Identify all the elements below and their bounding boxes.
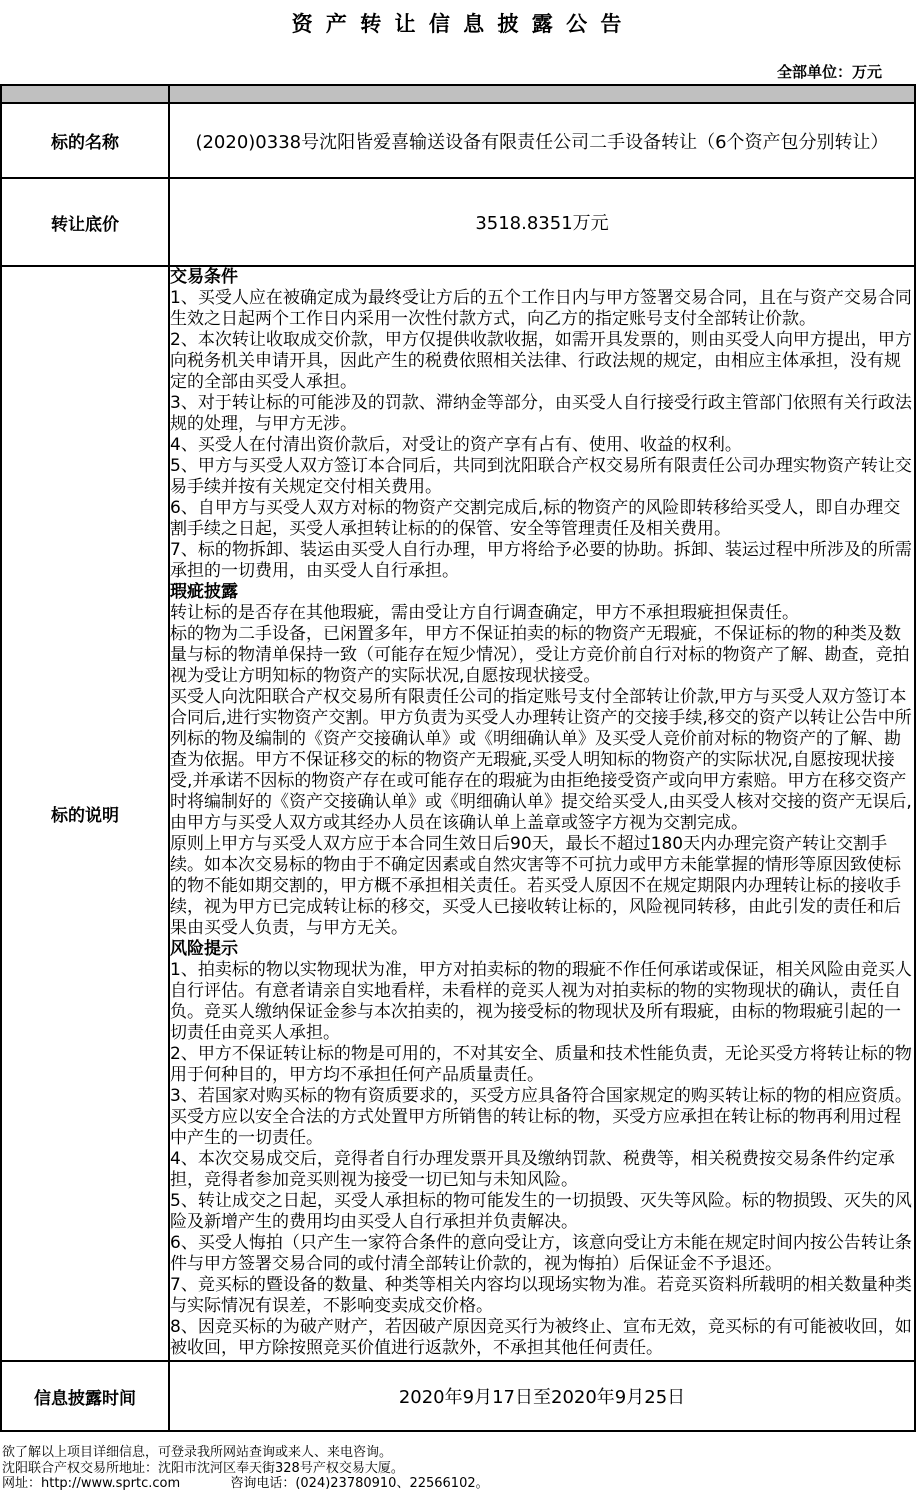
section-defect-disclosure: 瑕疵披露 转让标的是否存在其他瑕疵，需由受让方自行调查确定，甲方不承担瑕疵担保责… <box>170 582 914 939</box>
base-price-label: 转让底价 <box>1 178 169 266</box>
row-description: 标的说明 交易条件 1、买受人应在被确定成为最终受让方后的五个工作日内与甲方签署… <box>1 266 915 1361</box>
page-title: 资 产 转 让 信 息 披 露 公 告 <box>0 0 916 39</box>
footer-website: 网址：http://www.sprtc.com <box>2 1476 180 1491</box>
paragraph: 7、标的物拆卸、装运由买受人自行办理，甲方将给予必要的协助。拆卸、装运过程中所涉… <box>170 540 914 582</box>
paragraph: 2、甲方不保证转让标的物是可用的，不对其安全、质量和技术性能负责，无论买受方将转… <box>170 1044 914 1086</box>
paragraph: 原则上甲方与买受人双方应于本合同生效日后90天，最长不超过180天内办理完资产转… <box>170 834 914 939</box>
paragraph: 标的物为二手设备，已闲置多年，甲方不保证拍卖的标的物资产无瑕疵，不保证标的物的种… <box>170 624 914 687</box>
row-subject-name: 标的名称 (2020)0338号沈阳皆爱喜输送设备有限责任公司二手设备转让（6个… <box>1 103 915 178</box>
unit-note: 全部单位：万元 <box>0 63 916 81</box>
section-risk-notice: 风险提示 1、拍卖标的物以实物现状为准，甲方对拍卖标的物的瑕疵不作任何承诺或保证… <box>170 939 914 1359</box>
footer-website-phone: 网址：http://www.sprtc.com 咨询电话：(024)237809… <box>2 1476 916 1492</box>
footer-phone: 咨询电话：(024)23780910、22566102。 <box>230 1476 488 1491</box>
paragraph: 2、本次转让收取成交价款，甲方仅提供收款收据，如需开具发票的，则由买受人向甲方提… <box>170 330 914 393</box>
table-header-row <box>1 85 915 103</box>
section-heading: 瑕疵披露 <box>170 582 914 603</box>
paragraph: 4、本次交易成交后，竞得者自行办理发票开具及缴纳罚款、税费等，相关税费按交易条件… <box>170 1149 914 1191</box>
announcement-page: 资 产 转 让 信 息 披 露 公 告 全部单位：万元 标的名称 (2020)0… <box>0 0 916 1507</box>
subject-name-value: (2020)0338号沈阳皆爱喜输送设备有限责任公司二手设备转让（6个资产包分别… <box>169 103 915 178</box>
paragraph: 8、因竞买标的为破产财产，若因破产原因竞买行为被终止、宣布无效，竞买标的有可能被… <box>170 1317 914 1359</box>
section-heading: 交易条件 <box>170 267 914 288</box>
announcement-table: 标的名称 (2020)0338号沈阳皆爱喜输送设备有限责任公司二手设备转让（6个… <box>0 84 916 1432</box>
header-value-cell <box>169 85 915 103</box>
paragraph: 3、对于转让标的可能涉及的罚款、滞纳金等部分，由买受人自行接受行政主管部门依照有… <box>170 393 914 435</box>
disclosure-period-label: 信息披露时间 <box>1 1361 169 1431</box>
description-label: 标的说明 <box>1 266 169 1361</box>
paragraph: 1、拍卖标的物以实物现状为准，甲方对拍卖标的物的瑕疵不作任何承诺或保证，相关风险… <box>170 960 914 1044</box>
header-label-cell <box>1 85 169 103</box>
paragraph: 买受人向沈阳联合产权交易所有限责任公司的指定账号支付全部转让价款,甲方与买受人双… <box>170 687 914 834</box>
paragraph: 转让标的是否存在其他瑕疵，需由受让方自行调查确定，甲方不承担瑕疵担保责任。 <box>170 603 914 624</box>
paragraph: 4、买受人在付清出资价款后，对受让的资产享有占有、使用、收益的权利。 <box>170 435 914 456</box>
footer-contact-note: 欲了解以上项目详细信息，可登录我所网站查询或来人、来电咨询。 <box>2 1445 916 1461</box>
row-disclosure-period: 信息披露时间 2020年9月17日至2020年9月25日 <box>1 1361 915 1431</box>
row-base-price: 转让底价 3518.8351万元 <box>1 178 915 266</box>
section-trade-conditions: 交易条件 1、买受人应在被确定成为最终受让方后的五个工作日内与甲方签署交易合同，… <box>170 267 914 582</box>
section-heading: 风险提示 <box>170 939 914 960</box>
paragraph: 5、甲方与买受人双方签订本合同后，共同到沈阳联合产权交易所有限责任公司办理实物资… <box>170 456 914 498</box>
footer: 欲了解以上项目详细信息，可登录我所网站查询或来人、来电咨询。 沈阳联合产权交易所… <box>2 1445 916 1492</box>
subject-name-label: 标的名称 <box>1 103 169 178</box>
description-content: 交易条件 1、买受人应在被确定成为最终受让方后的五个工作日内与甲方签署交易合同，… <box>169 266 915 1361</box>
paragraph: 6、自甲方与买受人双方对标的物资产交割完成后,标的物资产的风险即转移给买受人，即… <box>170 498 914 540</box>
paragraph: 5、转让成交之日起，买受人承担标的物可能发生的一切损毁、灭失等风险。标的物损毁、… <box>170 1191 914 1233</box>
paragraph: 6、买受人悔拍（只产生一家符合条件的意向受让方，该意向受让方未能在规定时间内按公… <box>170 1233 914 1275</box>
disclosure-period-value: 2020年9月17日至2020年9月25日 <box>169 1361 915 1431</box>
paragraph: 1、买受人应在被确定成为最终受让方后的五个工作日内与甲方签署交易合同，且在与资产… <box>170 288 914 330</box>
paragraph: 3、若国家对购买标的物有资质要求的，买受方应具备符合国家规定的购买转让标的物的相… <box>170 1086 914 1149</box>
base-price-value: 3518.8351万元 <box>169 178 915 266</box>
paragraph: 7、竞买标的暨设备的数量、种类等相关内容均以现场实物为准。若竞买资料所载明的相关… <box>170 1275 914 1317</box>
footer-address: 沈阳联合产权交易所地址：沈阳市沈河区奉天街328号产权交易大厦。 <box>2 1461 916 1477</box>
